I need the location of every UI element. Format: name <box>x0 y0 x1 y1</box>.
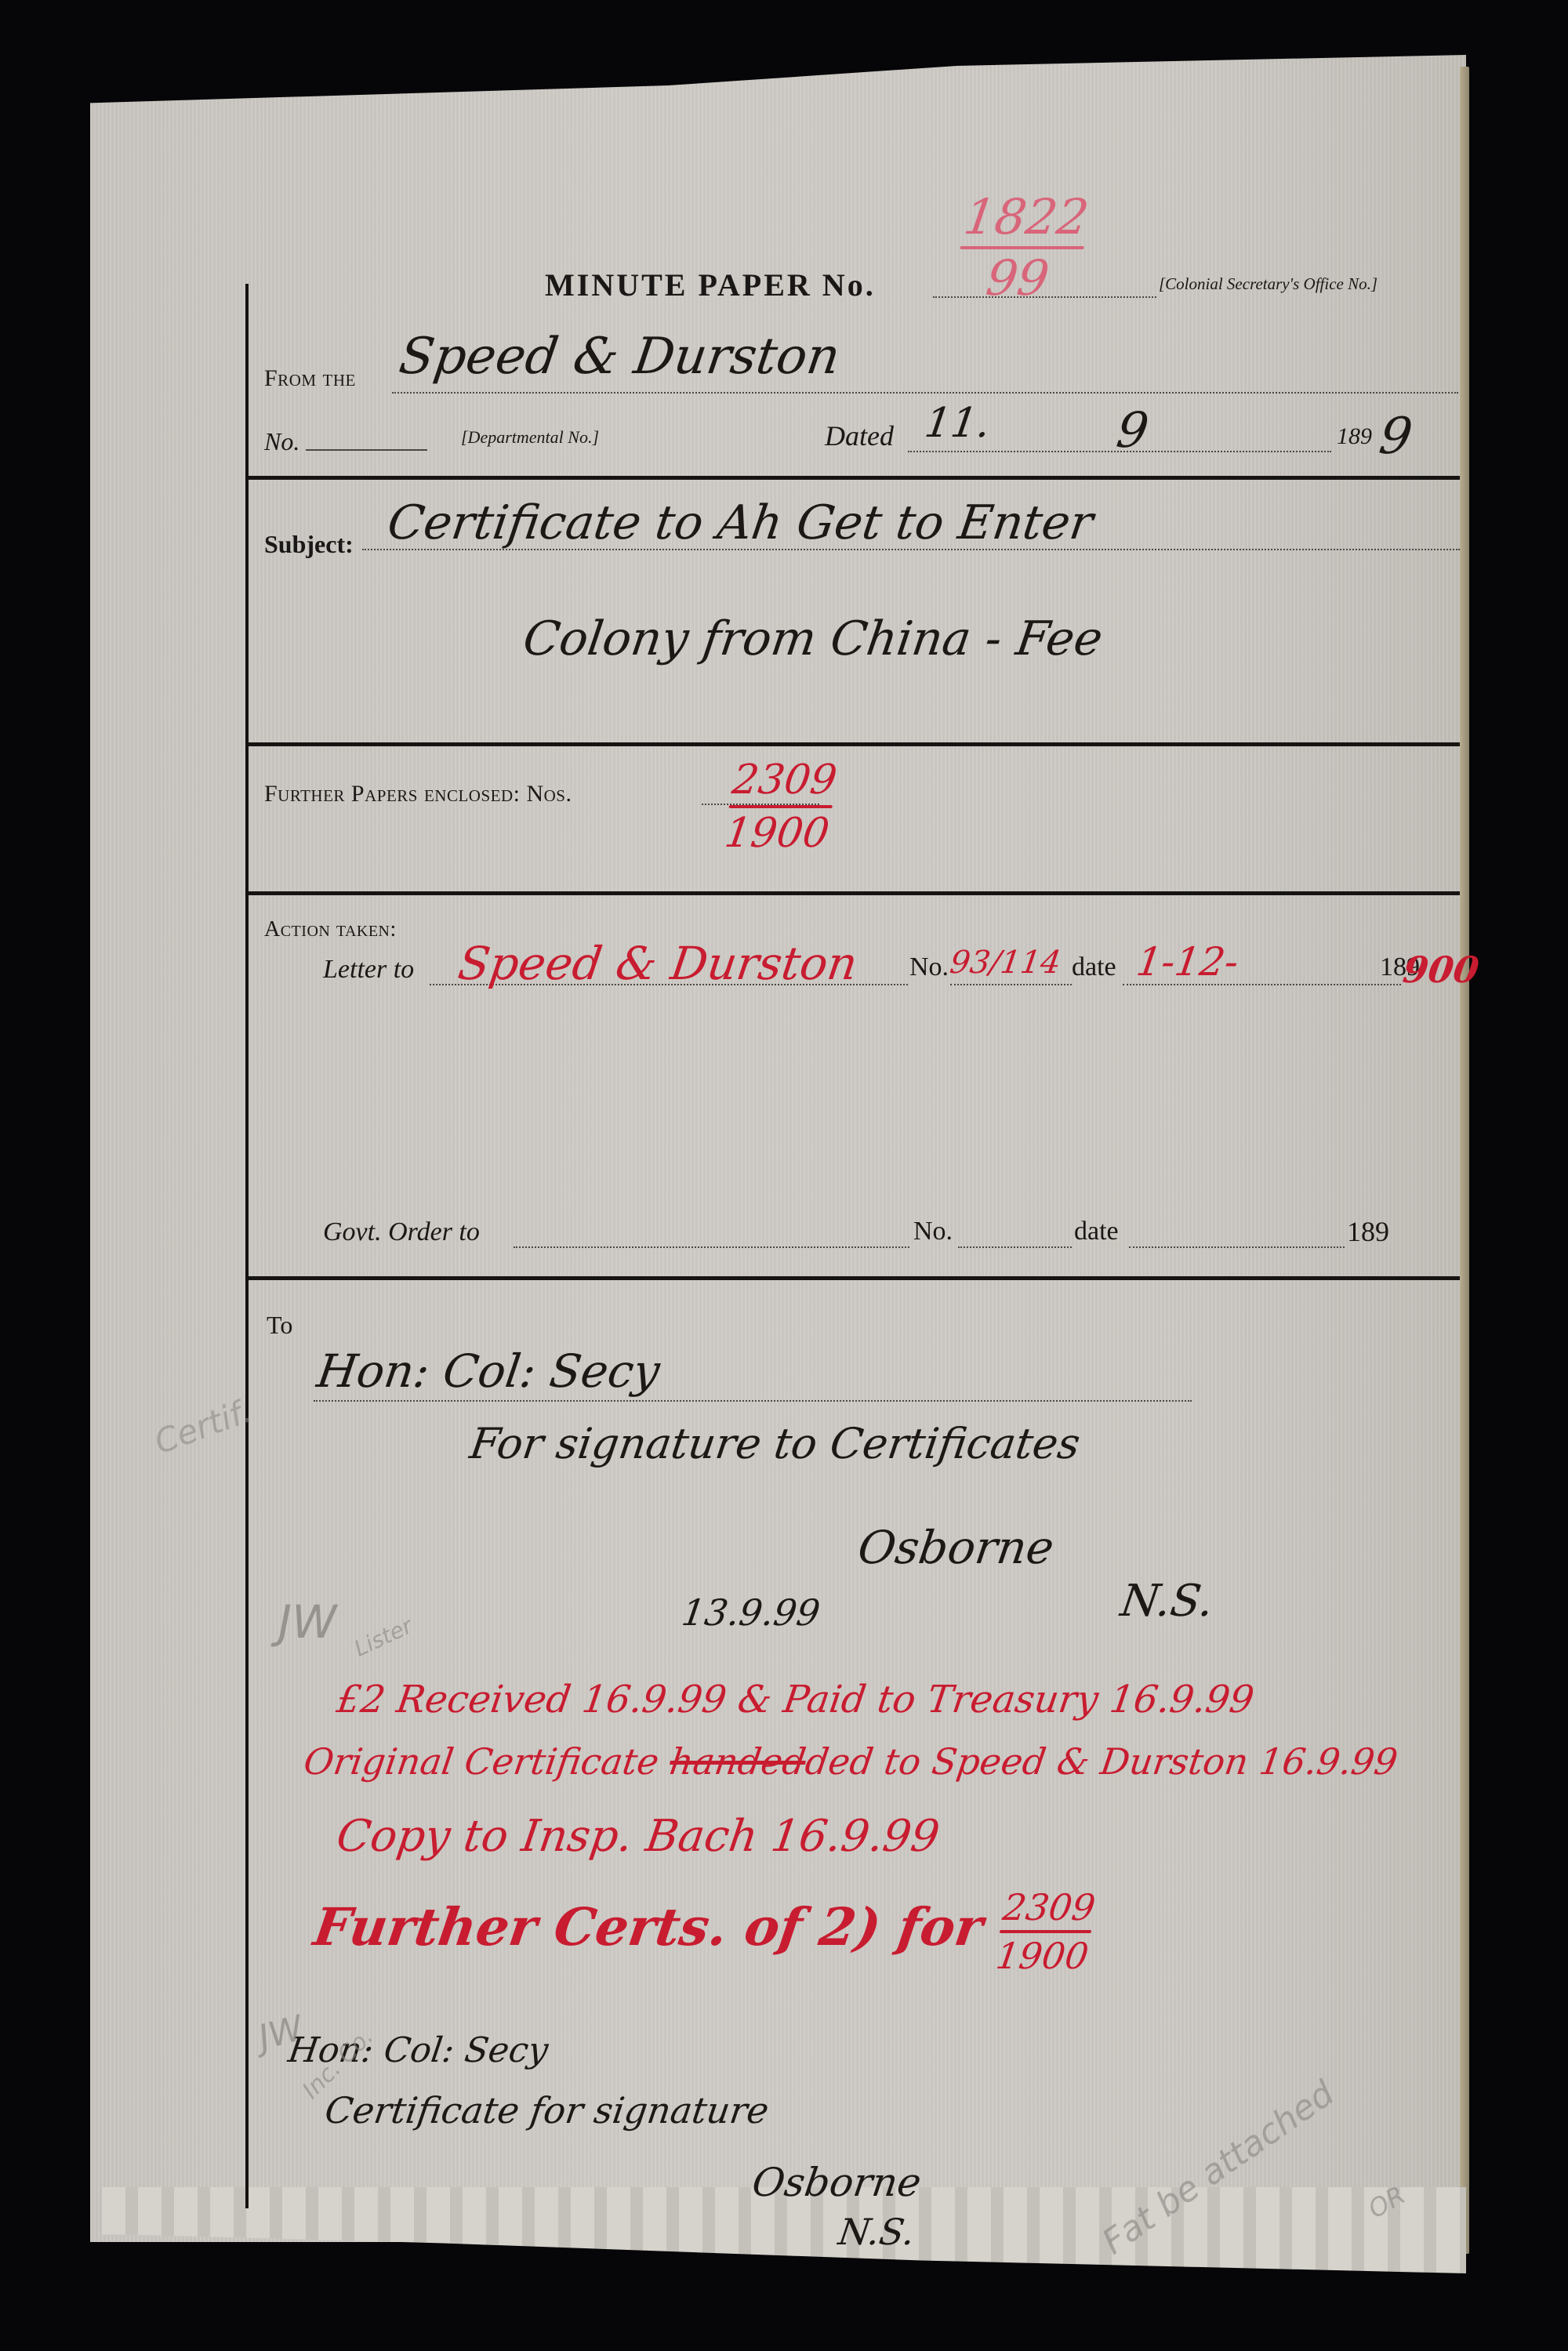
addressee-1: Hon: Col: Secy <box>314 1344 663 1398</box>
certificate-note-end: ded to Speed & Durston 16.9.99 <box>803 1740 1400 1783</box>
signature-1: Osborne <box>855 1521 1057 1574</box>
subject-line-2: Colony from China - Fee <box>520 611 1106 666</box>
from-value: Speed & Durston <box>396 328 844 386</box>
to-label: To <box>267 1311 292 1340</box>
minute-note-1: For signature to Certificates <box>467 1419 1083 1468</box>
dated-year-prefix: 189 <box>1337 423 1372 450</box>
letter-year-suffix: 900 <box>1400 949 1482 991</box>
govt-order-dotted-line <box>514 1246 909 1248</box>
copy-note: Copy to Insp. Bach 16.9.99 <box>333 1811 942 1862</box>
action-taken-label: Action taken: <box>264 917 397 942</box>
govt-date-dotted-line <box>1129 1246 1345 1248</box>
further-certs-denominator: 1900 <box>994 1938 1091 1974</box>
dated-label: Dated <box>825 419 894 452</box>
minute-number-numerator: 1822 <box>961 193 1092 241</box>
signature-2: Osborne <box>750 2160 924 2205</box>
letter-date-value: 1-12- <box>1134 939 1241 985</box>
no-line <box>306 449 427 451</box>
govt-year-prefix: 189 <box>1347 1215 1389 1248</box>
dated-day: 11. <box>922 400 993 447</box>
further-certs-text: Further Certs. of 2) for <box>310 1896 986 1957</box>
govt-date-label: date <box>1074 1217 1119 1246</box>
certificate-note-start: Original Certificate <box>301 1740 662 1783</box>
pencil-initials-1: JW <box>278 1595 336 1649</box>
govt-order-label: Govt. Order to <box>323 1217 480 1247</box>
further-certs-note: Further Certs. of 2) for 23091900 <box>307 1889 1098 1974</box>
certificate-note-struck: handed <box>667 1740 808 1783</box>
further-papers-denominator: 1900 <box>722 813 832 854</box>
to-dotted-line <box>314 1400 1192 1402</box>
office-note: [Colonial Secretary's Office No.] <box>1159 274 1377 294</box>
divider-3 <box>249 891 1460 895</box>
minute-note-2: Certificate for signature <box>322 2089 771 2132</box>
subject-label: Subject: <box>264 530 354 559</box>
from-label: From the <box>264 365 356 392</box>
initials-1: N.S. <box>1117 1576 1217 1627</box>
further-certs-numerator: 2309 <box>1000 1889 1098 1925</box>
subject-line-1: Certificate to Ah Get to Enter <box>384 495 1096 550</box>
date-1: 13.9.99 <box>679 1591 822 1634</box>
divider-2 <box>249 742 1460 746</box>
form-title: MINUTE PAPER No. <box>545 267 876 303</box>
letter-no-label: No. <box>909 952 949 982</box>
minute-number-denominator: 99 <box>983 254 1052 303</box>
letter-to-value: Speed & Durston <box>455 937 861 990</box>
letter-to-label: Letter to <box>323 955 414 985</box>
divider-4 <box>249 1276 1460 1280</box>
divider-1 <box>249 476 1460 480</box>
further-papers-label: Further Papers enclosed: Nos. <box>264 781 572 807</box>
no-label: No. <box>264 427 299 456</box>
letter-no-dotted-line <box>950 984 1072 985</box>
letter-date-label: date <box>1072 952 1116 982</box>
from-dotted-line <box>392 392 1458 394</box>
initials-2: N.S. <box>836 2211 917 2253</box>
certificate-note: Original Certificate handedded to Speed … <box>301 1740 1400 1783</box>
govt-no-label: No. <box>913 1217 953 1246</box>
minute-number: 182299 <box>953 188 1092 303</box>
further-papers-numerator: 2309 <box>730 760 840 800</box>
left-margin-rule <box>245 284 249 2208</box>
departmental-note: [Departmental No.] <box>461 427 599 448</box>
paper-edge <box>1460 67 1469 2254</box>
further-papers-number: 23091900 <box>722 756 840 854</box>
letter-no-value: 93/114 <box>948 945 1063 981</box>
payment-note: £2 Received 16.9.99 & Paid to Treasury 1… <box>334 1678 1257 1722</box>
govt-no-dotted-line <box>958 1246 1072 1248</box>
